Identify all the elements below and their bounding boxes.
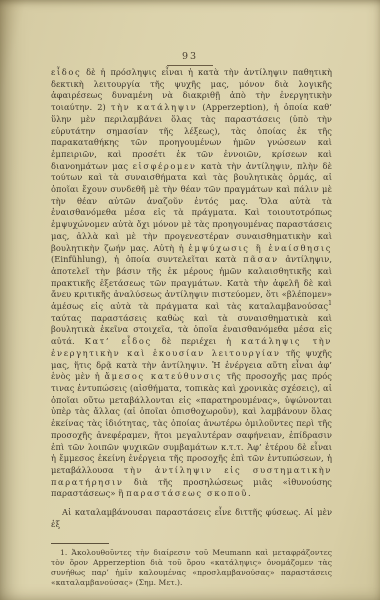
body-text-segment: (Einfühlung), ἡ ὁποία συντελεῖται κατὰ bbox=[51, 254, 243, 264]
emphasized-letterspaced-text: εἶδος bbox=[51, 67, 81, 77]
footnote-separator-rule bbox=[51, 543, 109, 544]
emphasized-letterspaced-text: ἐμψύχωσις ἢ ἐναίσθησις bbox=[188, 243, 332, 253]
emphasized-letterspaced-text: πᾶσαν bbox=[243, 254, 278, 264]
page-header: 93 bbox=[0, 44, 380, 66]
emphasized-letterspaced-text: εἰσφέρομεν bbox=[133, 161, 197, 171]
footnote-reference-marker: 1 bbox=[328, 300, 332, 307]
emphasized-letterspaced-text: παραστάσεως σκοποῦ bbox=[126, 488, 248, 498]
body-text-segment: κατὰ τὴν ἀντίληψιν, πλὴν δὲ τούτων καὶ τ… bbox=[51, 161, 332, 253]
book-page: 93 εἶδος δὲ ἡ πρόσληψις εἶναι ἡ κατὰ τὴν… bbox=[0, 0, 380, 600]
emphasized-letterspaced-text: τὴν κατάληψιν bbox=[111, 102, 197, 112]
emphasized-letterspaced-text: ἄμεσος κατεύθυνσις bbox=[104, 371, 221, 381]
body-text-segment: δὲ περιέχει ἡ bbox=[152, 336, 241, 346]
page-number: 93 bbox=[167, 51, 213, 66]
footnote-text: 1. Ἀκολουθοῦντες τὴν διαίρεσιν τοῦ Meuma… bbox=[51, 548, 332, 587]
main-paragraph: εἶδος δὲ ἡ πρόσληψις εἶναι ἡ κατὰ τὴν ἀν… bbox=[51, 67, 332, 500]
text-block: εἶδος δὲ ἡ πρόσληψις εἶναι ἡ κατὰ τὴν ἀν… bbox=[51, 67, 332, 588]
body-text-segment: τῆς προσοχῆς μας πρός τινας ἐντυπώσεις (… bbox=[51, 371, 332, 475]
second-paragraph: Αἱ καταλαμβάνουσαι παραστάσεις εἶνε διττ… bbox=[51, 507, 332, 530]
emphasized-letterspaced-text: Κατ’ εἶδος bbox=[85, 336, 152, 346]
body-text-segment: . bbox=[248, 488, 251, 498]
